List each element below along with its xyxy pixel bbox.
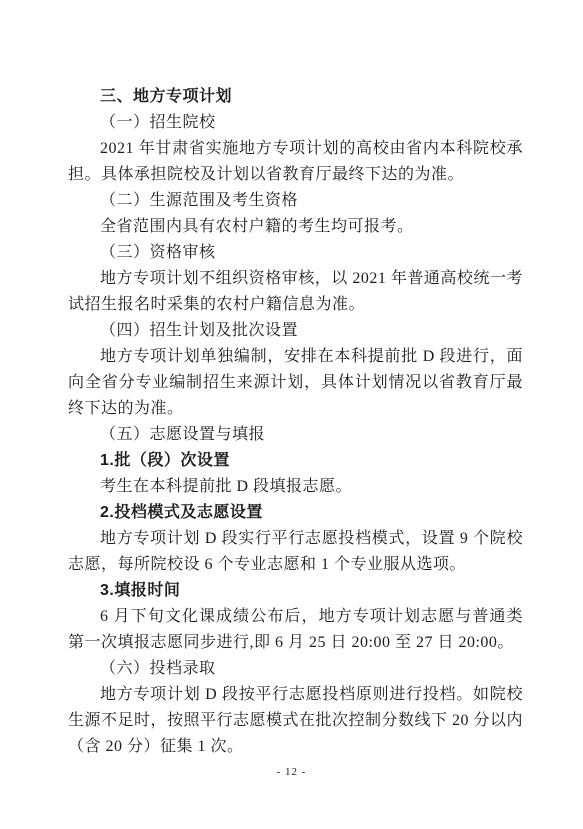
section-title: 三、地方专项计划	[68, 84, 523, 110]
paragraph-plan-batch-setting: 地方专项计划单独编制，安排在本科提前批 D 段进行，面向全省分专业编制招生来源计…	[68, 344, 523, 422]
paragraph-enrollment-schools: 2021 年甘肃省实施地方专项计划的高校由省内本科院校承担。具体承担院校及计划以…	[68, 136, 523, 188]
subsection-heading-4: （四）招生计划及批次设置	[68, 318, 523, 344]
paragraph-admission-rule: 地方专项计划 D 段按平行志愿投档原则进行投档。如院校生源不足时，按照平行志愿模…	[68, 682, 523, 760]
subsection-heading-3: （三）资格审核	[68, 240, 523, 266]
page-number: - 12 -	[0, 766, 583, 778]
numbered-heading-1: 1.批（段）次设置	[68, 448, 523, 474]
paragraph-qualification-review: 地方专项计划不组织资格审核，以 2021 年普通高校统一考试招生报名时采集的农村…	[68, 266, 523, 318]
document-page: 三、地方专项计划 （一）招生院校 2021 年甘肃省实施地方专项计划的高校由省内…	[0, 0, 583, 829]
paragraph-batch-setting-detail: 考生在本科提前批 D 段填报志愿。	[68, 474, 523, 500]
paragraph-candidate-eligibility: 全省范围内具有农村户籍的考生均可报考。	[68, 214, 523, 240]
subsection-heading-2: （二）生源范围及考生资格	[68, 188, 523, 214]
subsection-heading-5: （五）志愿设置与填报	[68, 422, 523, 448]
document-content: 三、地方专项计划 （一）招生院校 2021 年甘肃省实施地方专项计划的高校由省内…	[68, 84, 523, 760]
paragraph-filling-time: 6 月下旬文化课成绩公布后，地方专项计划志愿与普通类第一次填报志愿同步进行,即 …	[68, 604, 523, 656]
paragraph-volunteer-mode: 地方专项计划 D 段实行平行志愿投档模式，设置 9 个院校志愿，每所院校设 6 …	[68, 526, 523, 578]
numbered-heading-2: 2.投档模式及志愿设置	[68, 500, 523, 526]
numbered-heading-3: 3.填报时间	[68, 578, 523, 604]
subsection-heading-6: （六）投档录取	[68, 656, 523, 682]
subsection-heading-1: （一）招生院校	[68, 110, 523, 136]
